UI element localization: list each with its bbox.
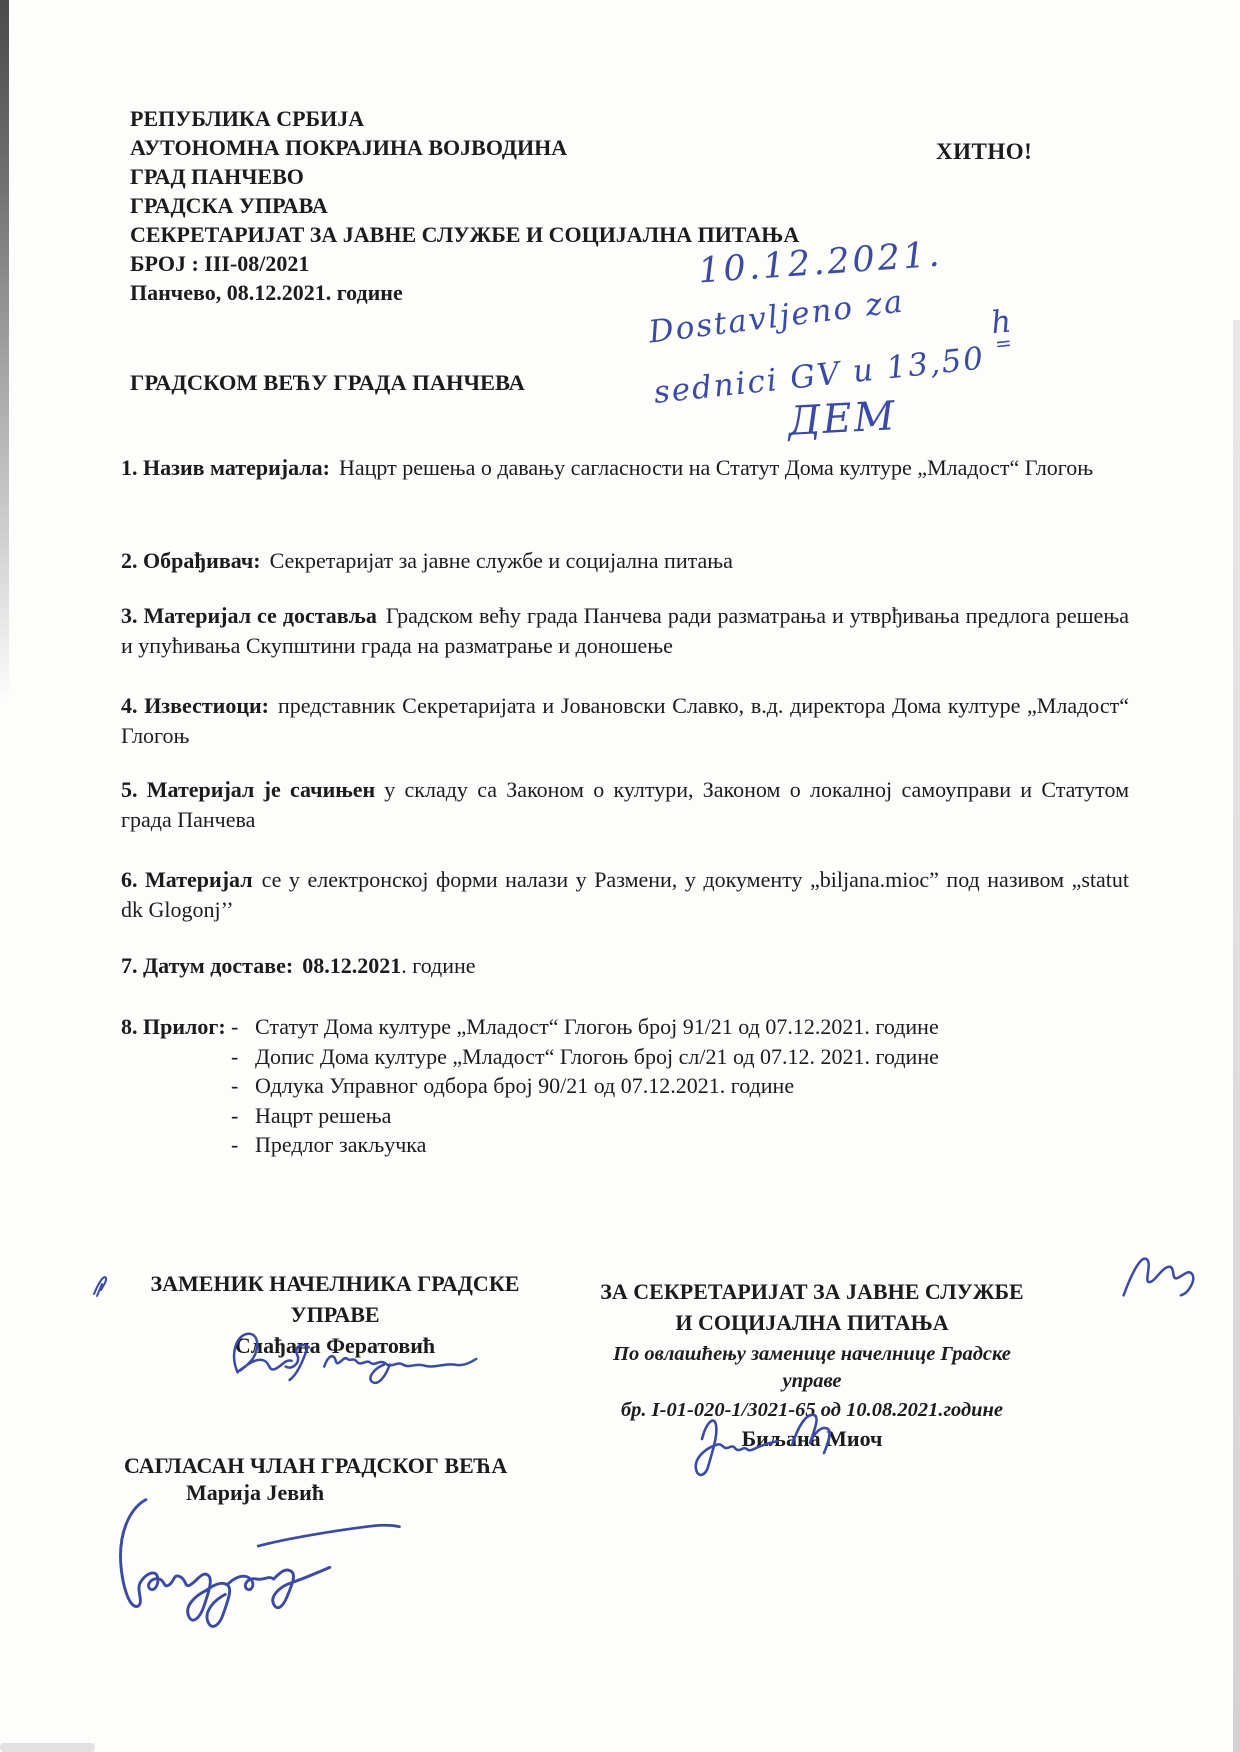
attachment-text: Статут Дома културе „Младост“ Глогоњ бро… [255,1012,939,1042]
item-7-suffix: . године [401,953,475,978]
signature-initials-squiggle [1112,1240,1202,1302]
scan-edge-right [1233,320,1240,1752]
item-6-label: 6. Материјал [121,867,253,892]
urgent-stamp: ХИТНО! [936,139,1032,165]
attachment-bullet: - [231,1012,255,1042]
deputy-head-title: ЗАМЕНИК НАЧЕЛНИКА ГРАДСКЕ УПРАВЕ [110,1268,560,1330]
scan-edge-left [0,0,9,700]
letterhead-line-secretariat: СЕКРЕТАРИЈАТ ЗА ЈАВНЕ СЛУЖБЕ И СОЦИЈАЛНА… [130,220,799,249]
item-2-text: Секретаријат за јавне службе и социјална… [270,548,733,573]
attachment-bullet: - [231,1101,255,1131]
item-3-label: 3. Материјал се доставља [121,603,377,628]
item-7-delivery-date: 7. Датум доставе:08.12.2021. године [121,951,1129,981]
council-member-title: САГЛАСАН ЧЛАН ГРАДСКОГ ВЕЋА [124,1452,507,1479]
item-7-date: 08.12.2021 [302,953,401,978]
item-8-label: 8. Прилог: [121,1014,226,1039]
letterhead-line-republic: РЕПУБЛИКА СРБИЈА [130,104,799,133]
item-4-text: представник Секретаријата и Јовановски С… [121,693,1129,748]
item-7-label: 7. Датум доставе: [121,953,293,978]
attachment-list: -Статут Дома културе „Младост“ Глогоњ бр… [231,1012,1031,1160]
letterhead-line-province: АУТОНОМНА ПОКРАЈИНА ВОЈВОДИНА [130,133,799,162]
item-5-legal-basis: 5. Материјал је сачињену складу са Закон… [121,775,1129,835]
attachment-bullet: - [231,1042,255,1072]
item-1-label: 1. Назив материјала: [121,455,330,480]
handwritten-initials: ДЕМ [787,393,898,445]
item-8-attachments-label: 8. Прилог: [121,1012,241,1042]
attachment-item: -Допис Дома културе „Младост“ Глогоњ бро… [231,1042,1031,1072]
item-1-material-name: 1. Назив материјала:Нацрт решења о давањ… [121,453,1129,483]
letterhead-line-administration: ГРАДСКА УПРАВА [130,191,799,220]
authorization-line1: По овлашћењу заменице начелнице Градске … [596,1341,1028,1394]
item-6-electronic-form: 6. Материјалсе у електронској форми нала… [121,865,1129,925]
pen-mark-icon [90,1270,112,1300]
handwritten-note-unit: h= [989,303,1015,349]
signature-mioc [688,1405,873,1490]
attachment-text: Одлука Управног одбора број 90/21 од 07.… [255,1071,794,1101]
item-5-label: 5. Материјал је сачињен [121,777,375,802]
attachment-bullet: - [231,1130,255,1160]
signature-jevic [108,1488,418,1638]
attachment-item: -Одлука Управног одбора број 90/21 од 07… [231,1071,1031,1101]
item-2-label: 2. Обрађивач: [121,548,261,573]
attachment-text: Нацрт решења [255,1101,391,1131]
recipient-line: ГРАДСКОМ ВЕЋУ ГРАДА ПАНЧЕВА [130,370,525,396]
secretariat-title-line2: И СОЦИЈАЛНА ПИТАЊА [596,1307,1028,1338]
item-2-processor: 2. Обрађивач:Секретаријат за јавне служб… [121,546,1129,576]
signature-feratovic [228,1322,483,1390]
item-6-text: се у електронској форми налази у Размени… [121,867,1129,922]
item-1-text: Нацрт решења о давању сагласности на Ста… [339,455,1093,480]
scanned-document-page: РЕПУБЛИКА СРБИЈА АУТОНОМНА ПОКРАЈИНА ВОЈ… [0,0,1240,1752]
attachment-item: -Предлог закључка [231,1130,1031,1160]
attachment-item: -Нацрт решења [231,1101,1031,1131]
item-4-rapporteurs: 4. Известиоци:представник Секретаријата … [121,691,1129,751]
item-4-label: 4. Известиоци: [121,693,269,718]
scan-smudge-bottom-left [0,1743,95,1752]
item-3-delivery: 3. Материјал се достављаГрадском већу гр… [121,601,1129,661]
attachment-bullet: - [231,1071,255,1101]
secretariat-title-line1: ЗА СЕКРЕТАРИЈАТ ЗА ЈАВНЕ СЛУЖБЕ [596,1276,1028,1307]
handwritten-unit-underline: = [993,337,1016,349]
letterhead-line-city: ГРАД ПАНЧЕВО [130,162,799,191]
attachment-item: -Статут Дома културе „Младост“ Глогоњ бр… [231,1012,1031,1042]
attachment-text: Допис Дома културе „Младост“ Глогоњ број… [255,1042,939,1072]
attachment-text: Предлог закључка [255,1130,426,1160]
